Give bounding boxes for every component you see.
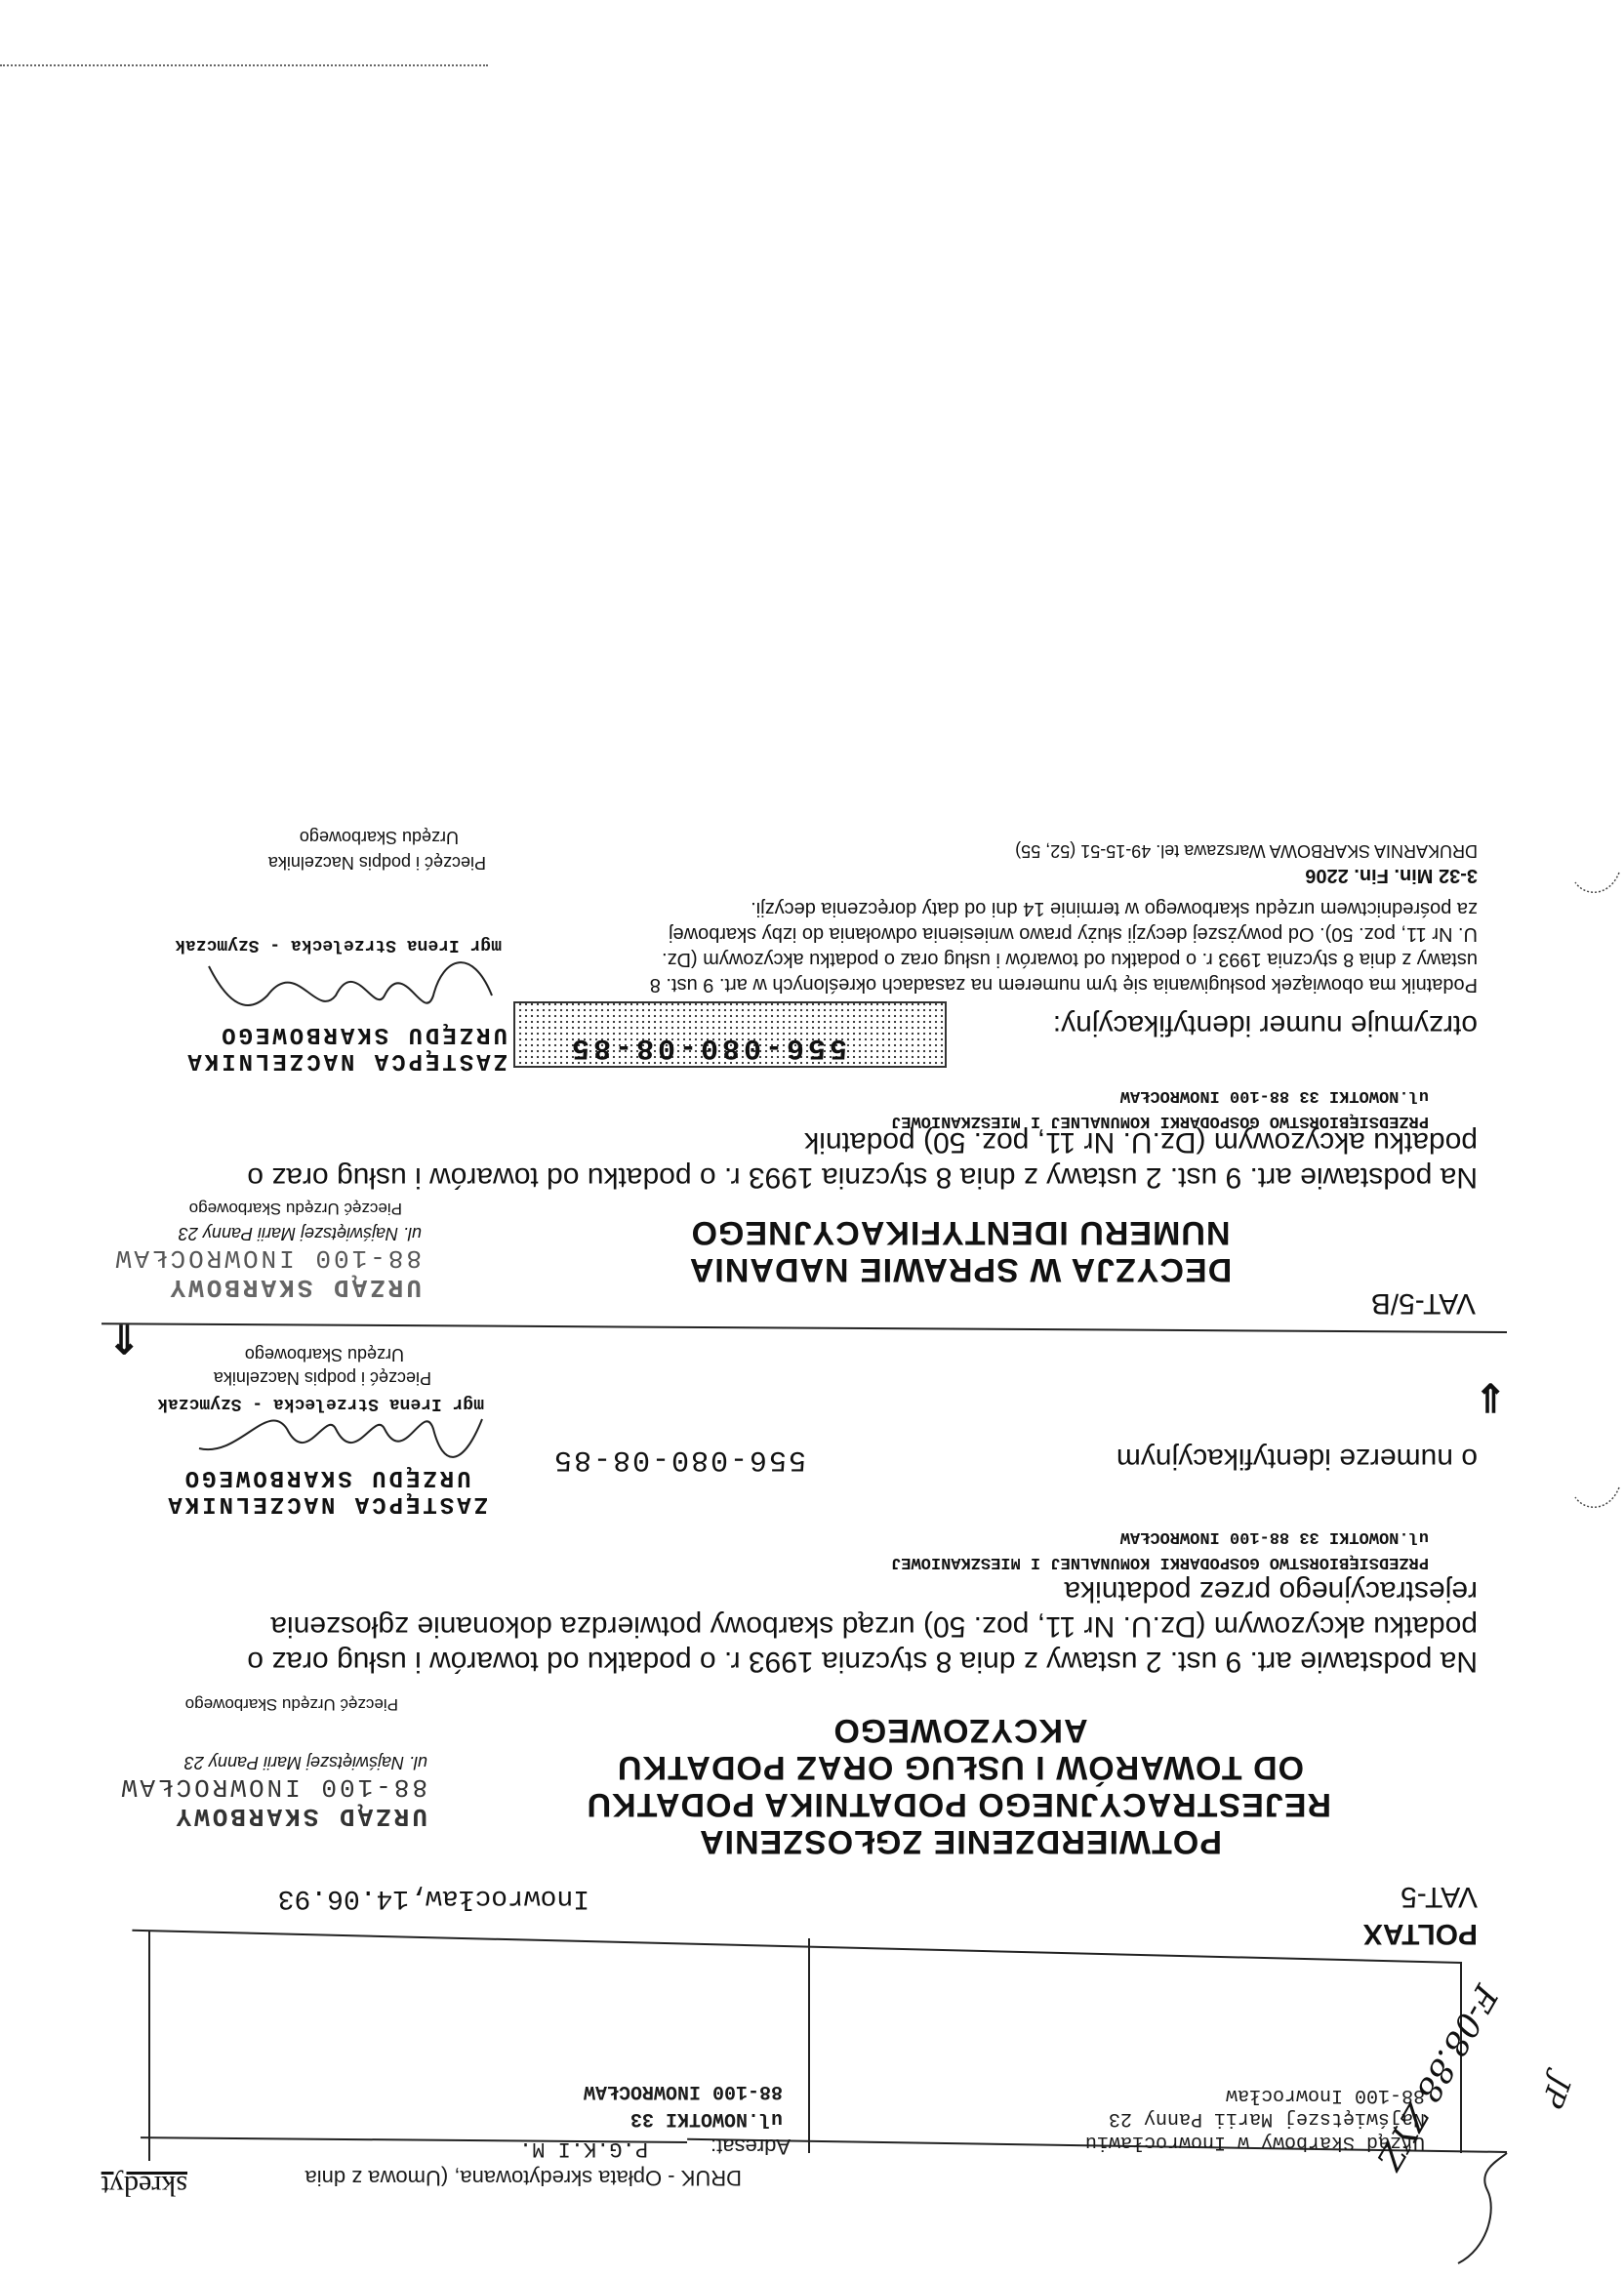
sender-line-3: 88-100 Inowrocław	[1226, 2084, 1425, 2106]
sender-line-2: Najświętszej Marii Panny 23	[1109, 2107, 1425, 2130]
office-stamp-line-3: ul. Najświętszej Marii Panny 23	[119, 1752, 427, 1772]
obligation-line-2: ustawy z dnia 8 stycznia 1993 r. o podat…	[650, 947, 1478, 972]
confirmation-body: Na podstawie art. 9 ust. 2 ustawy z dnia…	[247, 1573, 1478, 1679]
recipient-city: 88-100 INOWROCŁAW	[584, 2080, 783, 2102]
body-line-3: rejestracyjnego przez podatnika	[247, 1573, 1478, 1608]
title-line-4: AKCYZOWEGO	[589, 1712, 1331, 1749]
body-line-1: Na podstawie art. 9 ust. 2 ustawy z dnia…	[247, 1644, 1478, 1679]
signature-caption-1: Pieczęć i podpis Naczelnika	[214, 1367, 431, 1388]
decision-form-code: VAT-5/B	[1371, 1286, 1476, 1320]
document-title: POTWIERDZENIE ZGŁOSZENIA REJESTRACYJNEGO…	[589, 1712, 1331, 1860]
obligation-line-1: Podatnik ma obowiązek posługiwania się t…	[650, 972, 1478, 997]
decision-title: DECYZJA W SPRAWIE NADANIA NUMERU IDENTYF…	[619, 1214, 1302, 1288]
decision-office-stamp-line-3: ul. Najświętszej Marii Panny 23	[113, 1223, 422, 1243]
taxpayer-address: ul.NOWOTKI 33 88-100 INOWROCŁAW	[1120, 1527, 1429, 1546]
publisher-label: POLTAX	[1363, 1917, 1478, 1950]
decision-office-stamp-line-2: 88-100 INOWROCŁAW	[113, 1243, 422, 1273]
body-line-2: podatku akcyzowym (Dz.U. Nr 11, poz. 50)…	[247, 1608, 1478, 1644]
office-stamp: URZĄD SKARBOWY 88-100 INOWROCŁAW ul. Naj…	[119, 1752, 427, 1831]
scan-edge-mark-2-icon	[1565, 1478, 1624, 1517]
decision-title-line-2: NUMERU IDENTYFIKACYJNEGO	[619, 1214, 1302, 1251]
decision-office-stamp-caption: Pieczęć Urzędu Skarbowego	[189, 1199, 402, 1218]
obligation-text: Podatnik ma obowiązek posługiwania się t…	[650, 896, 1478, 997]
decision-signature-stamp-line-1: ZASTĘPCA NACZELNIKA	[184, 1047, 507, 1074]
decision-signature-stamp-line-2: URZĘDU SKARBOWEGO	[184, 1021, 507, 1047]
recipient-street: ul.NOWOTKI 33	[630, 2107, 783, 2130]
form-code: VAT-5	[1401, 1880, 1478, 1913]
nip-label: o numerze identyfikacyjnym	[1116, 1441, 1478, 1476]
decision-handwritten-signature-icon	[189, 947, 502, 1025]
printer-info: DRUKARNIA SKARBOWA Warszawa tel. 49-15-5…	[1015, 840, 1478, 861]
decision-title-line-1: DECYZJA W SPRAWIE NADANIA	[619, 1251, 1302, 1288]
signatory-name: mgr Irena Strzelecka - Szymczak	[157, 1394, 484, 1413]
title-line-2: REJESTRACYJNEGO PODATNIKA PODATKU	[589, 1786, 1331, 1823]
handwritten-bracket-icon	[1439, 2151, 1517, 2268]
nip-value: 556-080-08-85	[552, 1443, 806, 1476]
signature-stamp-line-1: ZASTĘPCA NACZELNIKA	[165, 1490, 488, 1517]
credit-stamp: skredyt	[101, 2169, 187, 2202]
title-line-3: OD TOWARÓW I USŁUG ORAZ PODATKU	[589, 1749, 1331, 1786]
section-separator	[101, 1322, 1507, 1333]
decision-body-line-1: Na podstawie art. 9 ust. 2 ustawy z dnia…	[247, 1159, 1478, 1195]
office-stamp-line-1: URZĄD SKARBOWY	[119, 1802, 427, 1831]
decision-signature-caption-1: Pieczęć i podpis Naczelnika	[268, 852, 486, 873]
title-line-1: POTWIERDZENIE ZGŁOSZENIA	[589, 1823, 1331, 1860]
nip-shaded-box: 556-080-08-85	[513, 1001, 947, 1068]
recipient-name: P.G.K.I M.	[519, 2136, 648, 2161]
decision-nip-value: 556-080-08-85	[568, 1031, 847, 1064]
print-code: 3-32 Min. Fin. 2206	[1305, 864, 1478, 886]
decision-signature-caption-2: Urzędu Skarbowego	[300, 827, 459, 847]
obligation-line-3: U. Nr 11, poz. 50). Od powyższej decyzji…	[650, 921, 1478, 947]
signature-caption-2: Urzędu Skarbowego	[245, 1344, 404, 1364]
obligation-line-4: za pośrednictwem urzędu skarbowego w ter…	[650, 896, 1478, 921]
envelope-box-top	[132, 1930, 1462, 1964]
cut-arrow-down-icon: ⇓	[1474, 1374, 1507, 1419]
scanned-document-page: DRUK - Opłata skredytowana, (Umowa z dni…	[0, 0, 1624, 2278]
envelope-box-right	[148, 1931, 150, 2161]
decision-taxpayer-address: ul.NOWOTKI 33 88-100 INOWROCŁAW	[1120, 1086, 1429, 1105]
scan-edge-dotted-line	[0, 64, 488, 66]
envelope-box-divider	[808, 1938, 810, 2153]
decision-office-stamp: URZĄD SKARBOWY 88-100 INOWROCŁAW ul. Naj…	[113, 1223, 422, 1302]
scan-edge-mark-icon	[1565, 863, 1624, 902]
recipient-label: Adresat:	[710, 2134, 791, 2159]
office-stamp-line-2: 88-100 INOWROCŁAW	[119, 1772, 427, 1802]
decision-office-stamp-line-1: URZĄD SKARBOWY	[113, 1273, 422, 1302]
handwritten-reference: F-08.88 ZYZ	[1368, 1977, 1505, 2176]
handwritten-initials: JP	[1534, 2070, 1577, 2111]
decision-taxpayer-name: PRZEDSIĘBIORSTWO GOSPODARKI KOMUNALNEJ I…	[891, 1112, 1429, 1130]
decision-signatory-name: mgr Irena Strzelecka - Szymczak	[175, 935, 502, 955]
office-stamp-caption: Pieczęć Urzędu Skarbowego	[185, 1694, 398, 1714]
decision-signature-stamp: ZASTĘPCA NACZELNIKA URZĘDU SKARBOWEGO	[184, 1021, 507, 1074]
decision-body: Na podstawie art. 9 ust. 2 ustawy z dnia…	[247, 1124, 1478, 1195]
receives-nip-label: otrzymuje numer identyfikacyjny:	[1053, 1007, 1478, 1042]
taxpayer-name: PRZEDSIĘBIORSTWO GOSPODARKI KOMUNALNEJ I…	[891, 1553, 1429, 1571]
druk-credit-note: DRUK - Opłata skredytowana, (Umowa z dni…	[305, 2165, 743, 2190]
place-and-date: Inowrocław,14.06.93	[278, 1883, 589, 1913]
